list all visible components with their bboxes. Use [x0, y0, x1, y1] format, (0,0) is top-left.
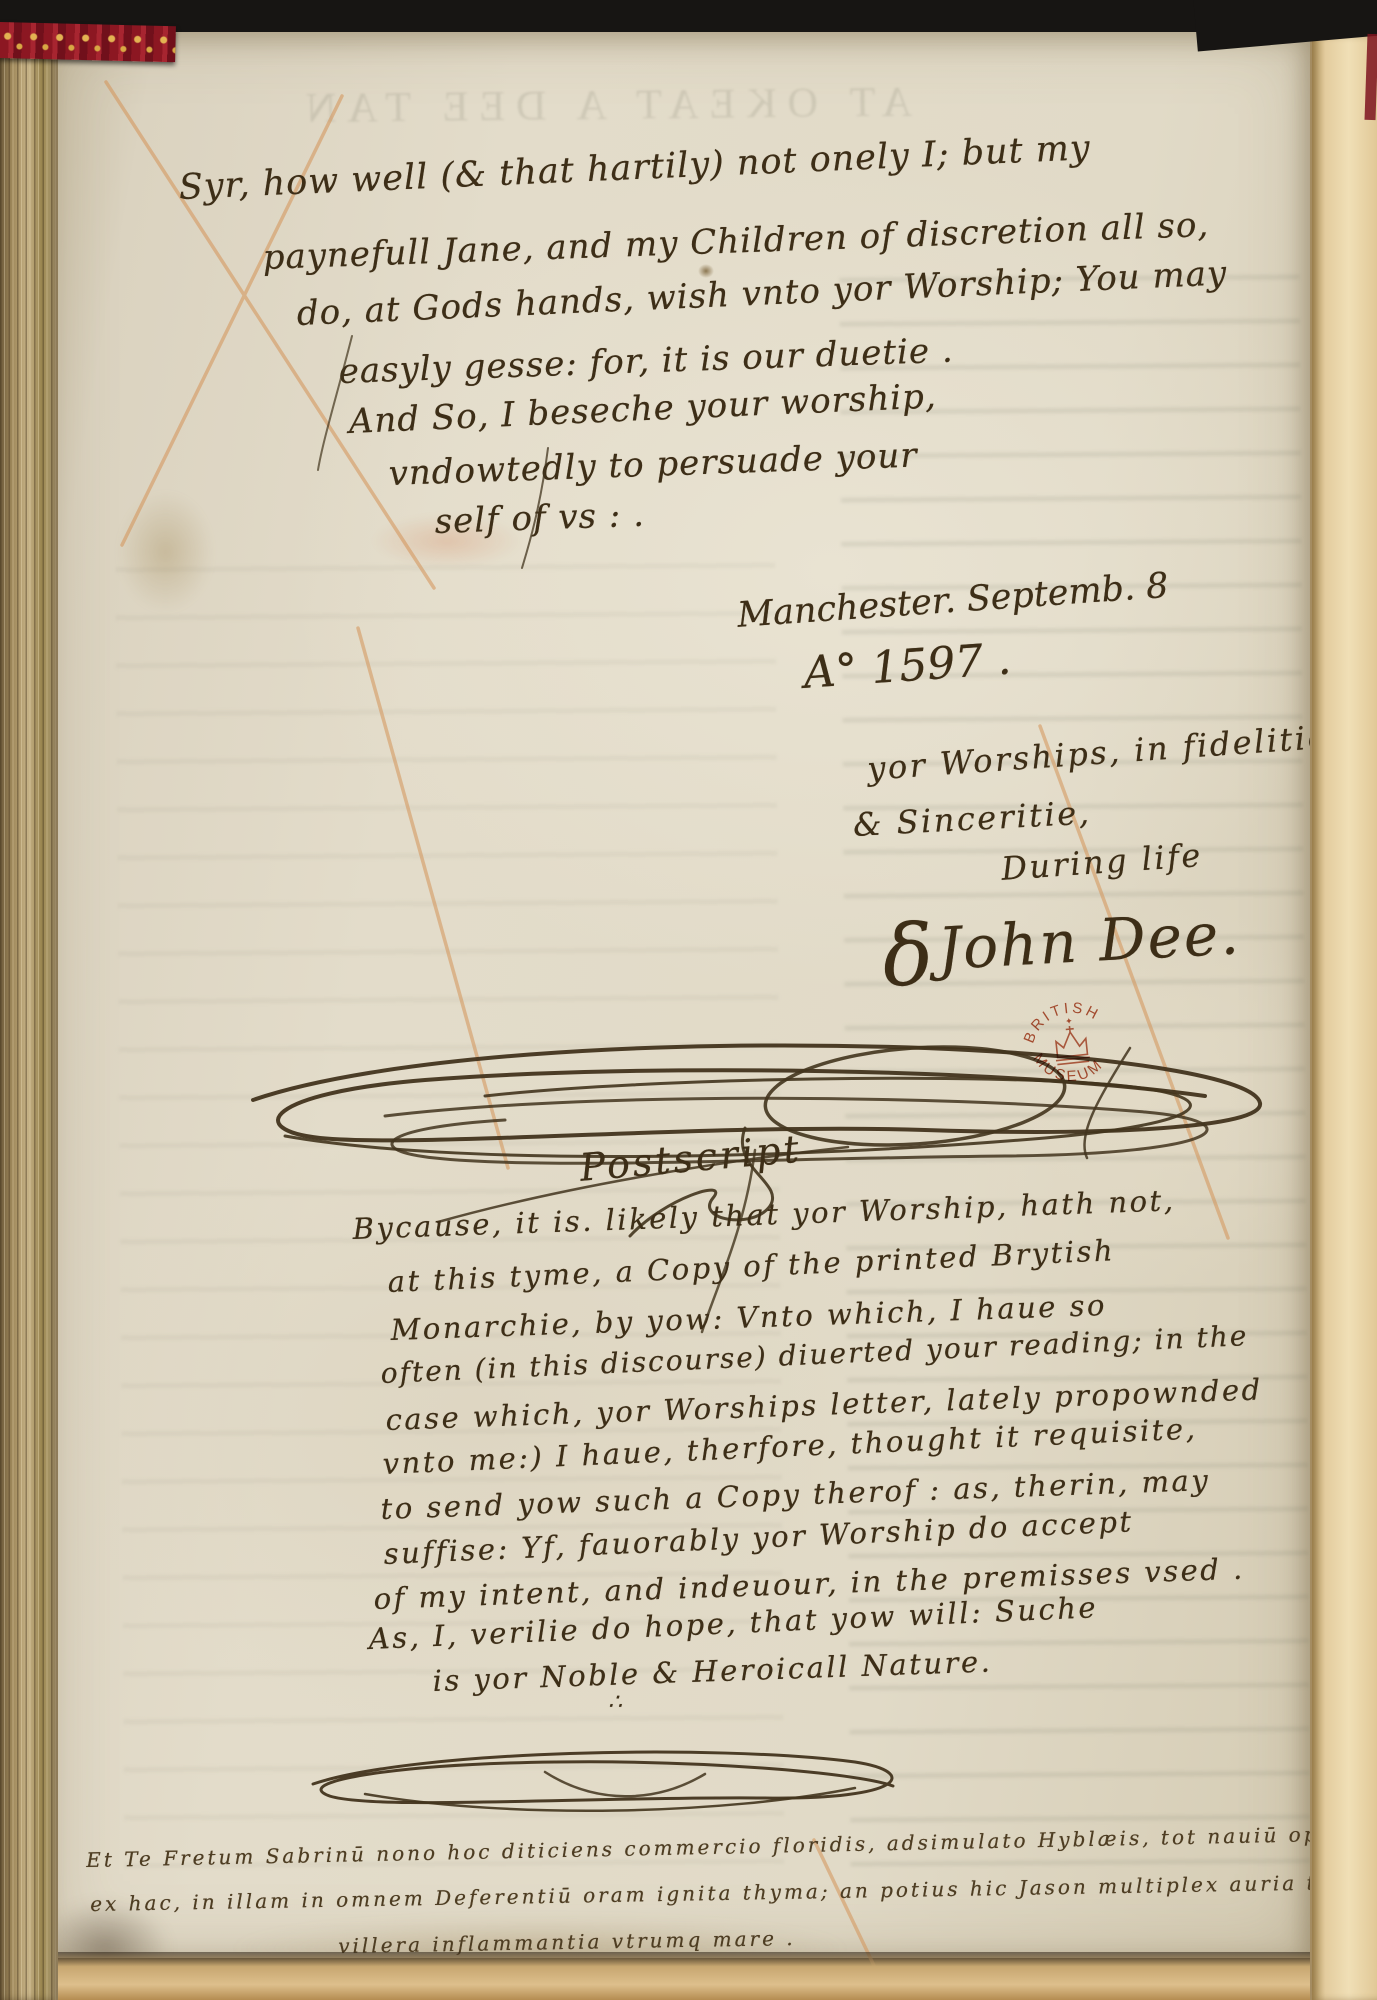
stamp-star-icon: ✦	[1065, 1017, 1074, 1028]
svg-text:BRITISH: BRITISH	[1017, 996, 1106, 1047]
scan-background-top	[0, 0, 1377, 32]
next-page-edge	[1310, 36, 1377, 2000]
binding-red-sliver	[1365, 34, 1377, 120]
british-museum-stamp: BRITISH MUSEUM ✦	[1013, 983, 1129, 1099]
closing-flourish	[295, 1732, 925, 1832]
page-bottom-edge	[44, 1952, 1314, 2000]
stamp-top-text: BRITISH	[1017, 996, 1106, 1047]
svg-text:MUSEUM: MUSEUM	[1029, 1044, 1109, 1090]
ink-accent-strokes	[0, 0, 1377, 2000]
book-fore-edge	[0, 26, 58, 2000]
postscript-end-mark: ∴	[608, 1690, 622, 1715]
manuscript-page-scan: AT OKEAT A DEE TAN Syr, how well (& that…	[0, 0, 1377, 2000]
stamp-bottom-text: MUSEUM	[1029, 1044, 1109, 1090]
crown-icon	[1053, 1024, 1091, 1064]
binding-red-leather	[0, 22, 176, 62]
